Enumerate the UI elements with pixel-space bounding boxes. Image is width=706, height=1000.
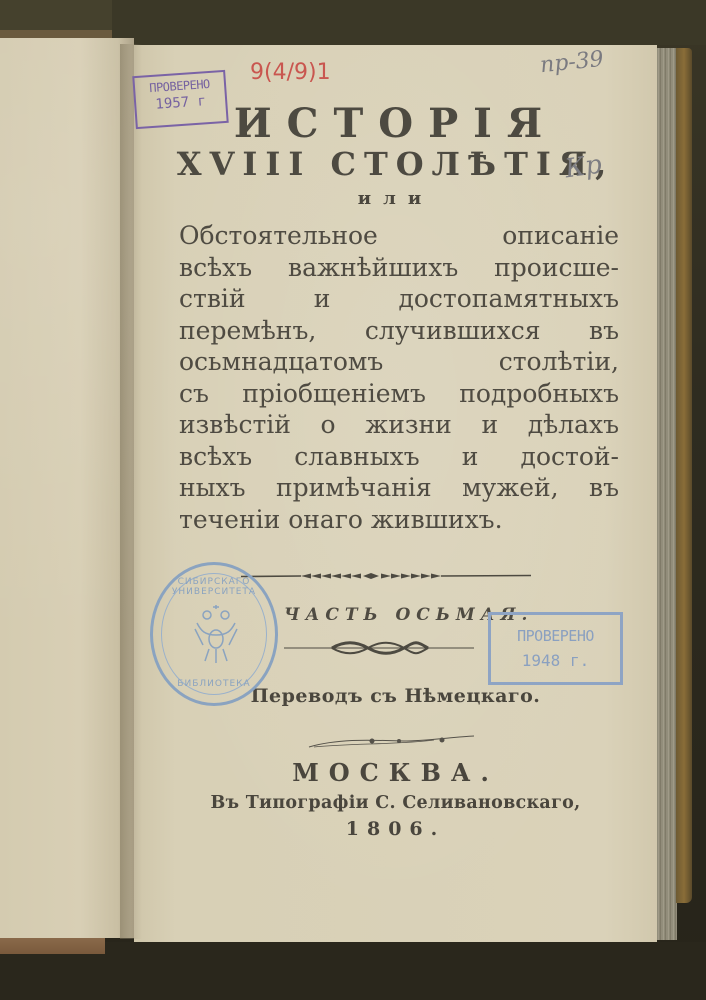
subtitle-line: всѣхъ важнѣйшихъ происше- xyxy=(179,252,619,284)
stamp-line: 1957 г xyxy=(136,92,226,114)
seal-text-top: СИБИРСКАГО УНИВЕРСИТЕТА xyxy=(153,577,275,597)
seal-text-bottom: БИБЛИОТЕКА xyxy=(153,679,275,689)
ornamental-rule-twist-icon xyxy=(284,641,474,655)
left-page xyxy=(0,38,134,938)
ornamental-flourish-icon xyxy=(304,735,479,749)
subtitle-line: ныхъ примѣчанія мужей, въ xyxy=(179,472,619,504)
stamp-checked-1957: ПРОВЕРЕНО 1957 г xyxy=(132,70,228,129)
stamp-checked-1948: ПРОВЕРЕНО 1948 г. xyxy=(488,612,623,685)
ornamental-rule-arrows-icon xyxy=(241,573,531,579)
stamp-line: 1948 г. xyxy=(491,651,620,670)
red-shelfmark: 9(4/9)1 xyxy=(250,60,331,85)
page-fore-edge xyxy=(657,48,677,940)
double-headed-eagle-icon xyxy=(191,605,241,665)
subtitle-line: съ пріобщеніемъ подробныхъ xyxy=(179,378,619,410)
subtitle-block: Обстоятельное описаніе всѣхъ важнѣйшихъ … xyxy=(179,220,619,535)
subtitle-line: теченіи онаго жившихъ. xyxy=(179,504,619,536)
cover-edge xyxy=(676,48,692,903)
pencil-note-side: Кр xyxy=(563,150,604,185)
binding-edge-bottom xyxy=(0,938,105,954)
library-seal-stamp: СИБИРСКАГО УНИВЕРСИТЕТА БИБЛИОТЕКА xyxy=(150,562,278,706)
publication-city: МОСКВА. xyxy=(134,758,657,787)
publication-year: 1806. xyxy=(134,818,657,840)
subtitle-line: всѣхъ славныхъ и достой- xyxy=(179,441,619,473)
bottom-dark-band xyxy=(0,942,706,1000)
subtitle-line: ствій и достопамятныхъ xyxy=(179,283,619,315)
subtitle-line: перемѣнъ, случившихся въ xyxy=(179,315,619,347)
top-left-shadow xyxy=(0,0,112,33)
conjunction-or: или xyxy=(134,188,657,209)
subtitle-line: осьмнадцатомъ столѣтіи, xyxy=(179,346,619,378)
subtitle-line: извѣстій о жизни и дѣлахъ xyxy=(179,409,619,441)
subtitle-line: Обстоятельное описаніе xyxy=(179,220,619,252)
printer: Въ Типографіи С. Селивановскаго, xyxy=(134,793,657,813)
binding-edge-top xyxy=(0,30,112,38)
stamp-line: ПРОВЕРЕНО xyxy=(491,627,620,645)
